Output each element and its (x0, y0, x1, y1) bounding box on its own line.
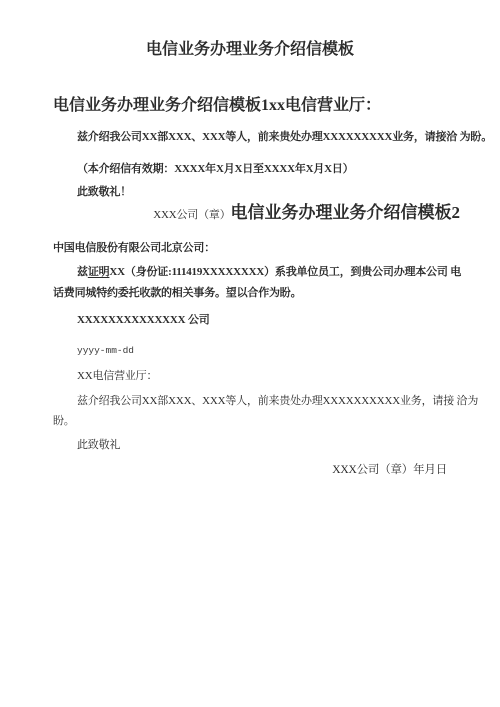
template2-body-line2: 话费同城特约委托收款的相关事务。望以合作为盼。 (53, 285, 447, 301)
template1-closing: 此致敬礼！ (53, 184, 447, 200)
template2-stamp-line: XXX公司（章） (153, 209, 230, 221)
template1-validity-note: （本介绍信有效期：XXXX年X月X日至XXXX年X月X日） (53, 161, 447, 177)
template2-body-line1: 兹证明XX（身份证:111419XXXXXXXX）系我单位员工，到贵公司办理本公… (53, 264, 447, 280)
template2-body2-line1: 兹介绍我公司XX部XXX、XXX等人，前来贵处办理XXXXXXXXXX业务，请接… (53, 393, 447, 409)
body-underlined-word: 证明 (88, 266, 110, 278)
template2-company-signature: XXXXXXXXXXXXXX 公司 (53, 312, 447, 328)
template1-heading: 电信业务办理业务介绍信模板1xx电信营业厅： (53, 96, 447, 115)
template2-signature-date-line: XXX公司（章）年月日 (53, 462, 447, 478)
template2-body2-line2: 盼。 (53, 413, 447, 429)
template2-heading: 电信业务办理业务介绍信模板2 (231, 203, 461, 222)
template2-closing: 此致敬礼 (53, 437, 447, 453)
template2-salutation2: XX电信营业厅： (53, 368, 447, 384)
document-page: 电信业务办理业务介绍信模板 电信业务办理业务介绍信模板1xx电信营业厅： 兹介绍… (0, 0, 500, 707)
body-prefix: 兹 (77, 266, 88, 278)
template2-salutation: 中国电信股份有限公司北京公司： (53, 240, 447, 256)
body-rest: XX（身份证:111419XXXXXXXX）系我单位员工，到贵公司办理本公司 电 (109, 266, 461, 278)
template2-headline: XXX公司（章）电信业务办理业务介绍信模板2 (53, 202, 460, 226)
template1-body-paragraph: 兹介绍我公司XX部XXX、XXX等人，前来贵处办理XXXXXXXXX业务，请接洽… (53, 129, 447, 145)
template2-date-placeholder: yyyy-mm-dd (53, 344, 447, 358)
document-title: 电信业务办理业务介绍信模板 (53, 0, 447, 59)
